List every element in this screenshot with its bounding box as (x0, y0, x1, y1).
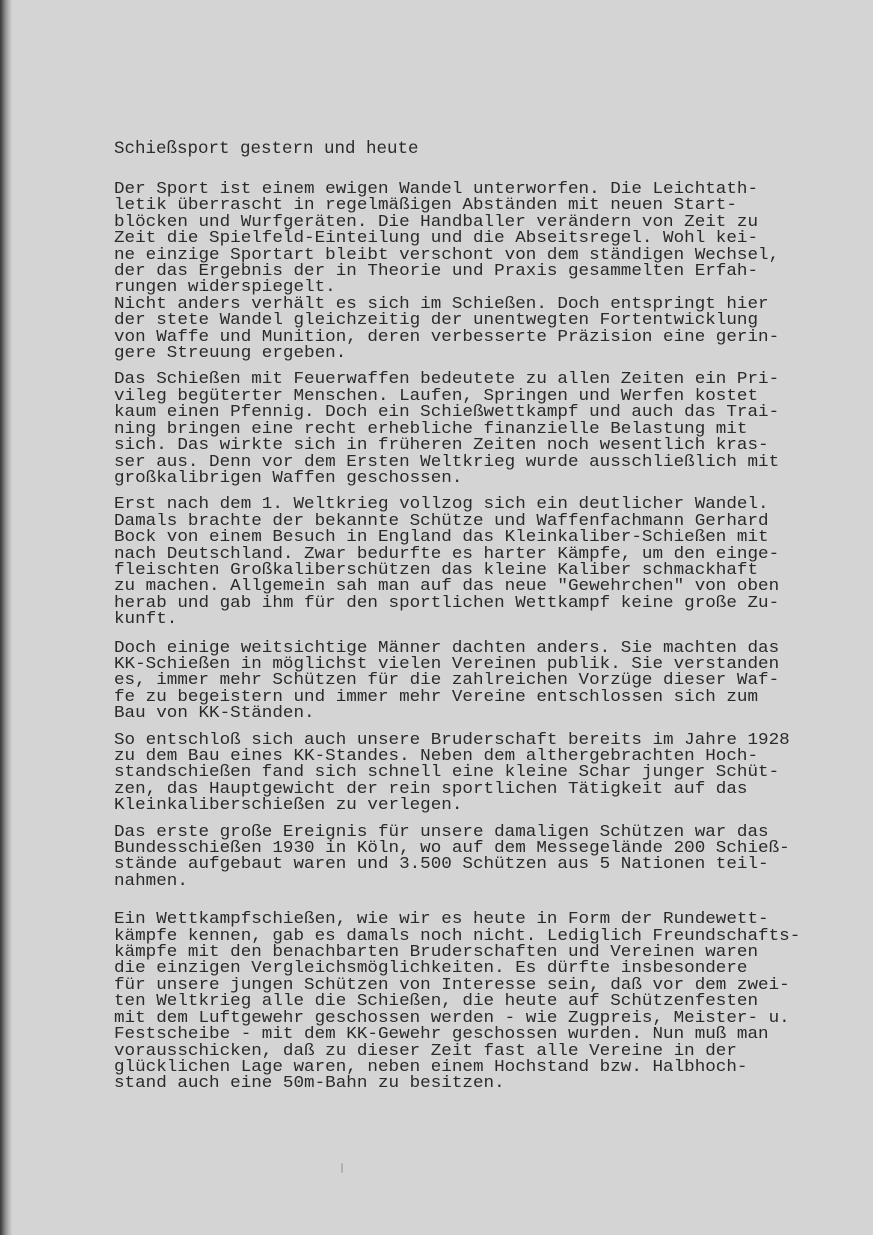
text-line: rungen widerspiegelt. (114, 280, 834, 295)
paragraph-5: So entschloß sich auch unsere Bruderscha… (114, 733, 834, 815)
text-line: mit dem Luftgewehr geschossen werden - w… (114, 1011, 834, 1026)
text-line: fe zu begeistern und immer mehr Vereine … (114, 690, 834, 705)
document-page: Schießsport gestern und heute Der Sport … (114, 138, 834, 1101)
text-line: So entschloß sich auch unsere Bruderscha… (114, 733, 834, 748)
text-line: kämpfe mit den benachbarten Bruderschaft… (114, 945, 834, 960)
text-line: Festscheibe - mit dem KK-Gewehr geschoss… (114, 1027, 834, 1042)
text-line: Bundesschießen 1930 in Köln, wo auf dem … (114, 841, 834, 856)
text-line: gere Streuung ergeben. (114, 346, 834, 361)
text-line: Der Sport ist einem ewigen Wandel unterw… (114, 182, 834, 197)
text-line: standschießen fand sich schnell eine kle… (114, 765, 834, 780)
paragraph-2: Das Schießen mit Feuerwaffen bedeutete z… (114, 372, 834, 487)
text-line: KK-Schießen in möglichst vielen Vereinen… (114, 657, 834, 672)
text-line: zu machen. Allgemein sah man auf das neu… (114, 579, 834, 594)
text-line: Ein Wettkampfschießen, wie wir es heute … (114, 912, 834, 927)
paragraph-4: Doch einige weitsichtige Männer dachten … (114, 641, 834, 723)
text-line: stände aufgebaut waren und 3.500 Schütze… (114, 857, 834, 872)
text-line: blöcken und Wurfgeräten. Die Handballer … (114, 215, 834, 230)
text-line: Erst nach dem 1. Weltkrieg vollzog sich … (114, 497, 834, 512)
text-line: ten Weltkrieg alle die Schießen, die heu… (114, 994, 834, 1009)
text-line: kämpfe kennen, gab es damals noch nicht.… (114, 929, 834, 944)
text-line: kunft. (114, 612, 834, 627)
text-line: zen, das Hauptgewicht der rein sportlich… (114, 782, 834, 797)
text-line: fleischten Großkaliberschützen das klein… (114, 563, 834, 578)
text-line: Bau von KK-Ständen. (114, 706, 834, 721)
text-line: Kleinkaliberschießen zu verlegen. (114, 798, 834, 813)
text-line: ne einzige Sportart bleibt verschont von… (114, 248, 834, 263)
text-line: es, immer mehr Schützen für die zahlreic… (114, 673, 834, 688)
text-line: Das Schießen mit Feuerwaffen bedeutete z… (114, 372, 834, 387)
document-title: Schießsport gestern und heute (114, 138, 834, 160)
text-line: Damals brachte der bekannte Schütze und … (114, 514, 834, 529)
paragraph-7: Ein Wettkampfschießen, wie wir es heute … (114, 912, 834, 1092)
text-line: ser aus. Denn vor dem Ersten Weltkrieg w… (114, 455, 834, 470)
text-line: vileg begüterter Menschen. Laufen, Sprin… (114, 389, 834, 404)
text-line: vorausschicken, daß zu dieser Zeit fast … (114, 1044, 834, 1059)
text-line: von Waffe und Munition, deren verbessert… (114, 330, 834, 345)
text-line: Nicht anders verhält es sich im Schießen… (114, 297, 834, 312)
paragraph-3: Erst nach dem 1. Weltkrieg vollzog sich … (114, 497, 834, 628)
scan-binding-edge (0, 0, 12, 1235)
scan-artifact (341, 1163, 343, 1173)
text-line: für unsere jungen Schützen von Interesse… (114, 978, 834, 993)
text-line: die einzigen Vergleichsmöglichkeiten. Es… (114, 961, 834, 976)
text-line: stand auch eine 50m-Bahn zu besitzen. (114, 1076, 834, 1091)
text-line: Doch einige weitsichtige Männer dachten … (114, 641, 834, 656)
text-line: Zeit die Spielfeld-Einteilung und die Ab… (114, 231, 834, 246)
paragraph-6: Das erste große Ereignis für unsere dama… (114, 825, 834, 891)
text-line: der das Ergebnis der in Theorie und Prax… (114, 264, 834, 279)
text-line: sich. Das wirkte sich in früheren Zeiten… (114, 438, 834, 453)
text-line: glücklichen Lage waren, neben einem Hoch… (114, 1060, 834, 1075)
text-line: nahmen. (114, 874, 834, 889)
text-line: Bock von einem Besuch in England das Kle… (114, 530, 834, 545)
text-line: herab und gab ihm für den sportlichen We… (114, 596, 834, 611)
text-line: ning bringen eine recht erhebliche finan… (114, 422, 834, 437)
text-line: zu dem Bau eines KK-Standes. Neben dem a… (114, 749, 834, 764)
text-line: großkalibrigen Waffen geschossen. (114, 471, 834, 486)
text-line: kaum einen Pfennig. Doch ein Schießwettk… (114, 405, 834, 420)
text-line: Das erste große Ereignis für unsere dama… (114, 825, 834, 840)
text-line: letik überrascht in regelmäßigen Abständ… (114, 198, 834, 213)
text-line: nach Deutschland. Zwar bedurfte es harte… (114, 547, 834, 562)
text-line: der stete Wandel gleichzeitig der unentw… (114, 313, 834, 328)
paragraph-1: Der Sport ist einem ewigen Wandel unterw… (114, 182, 834, 362)
